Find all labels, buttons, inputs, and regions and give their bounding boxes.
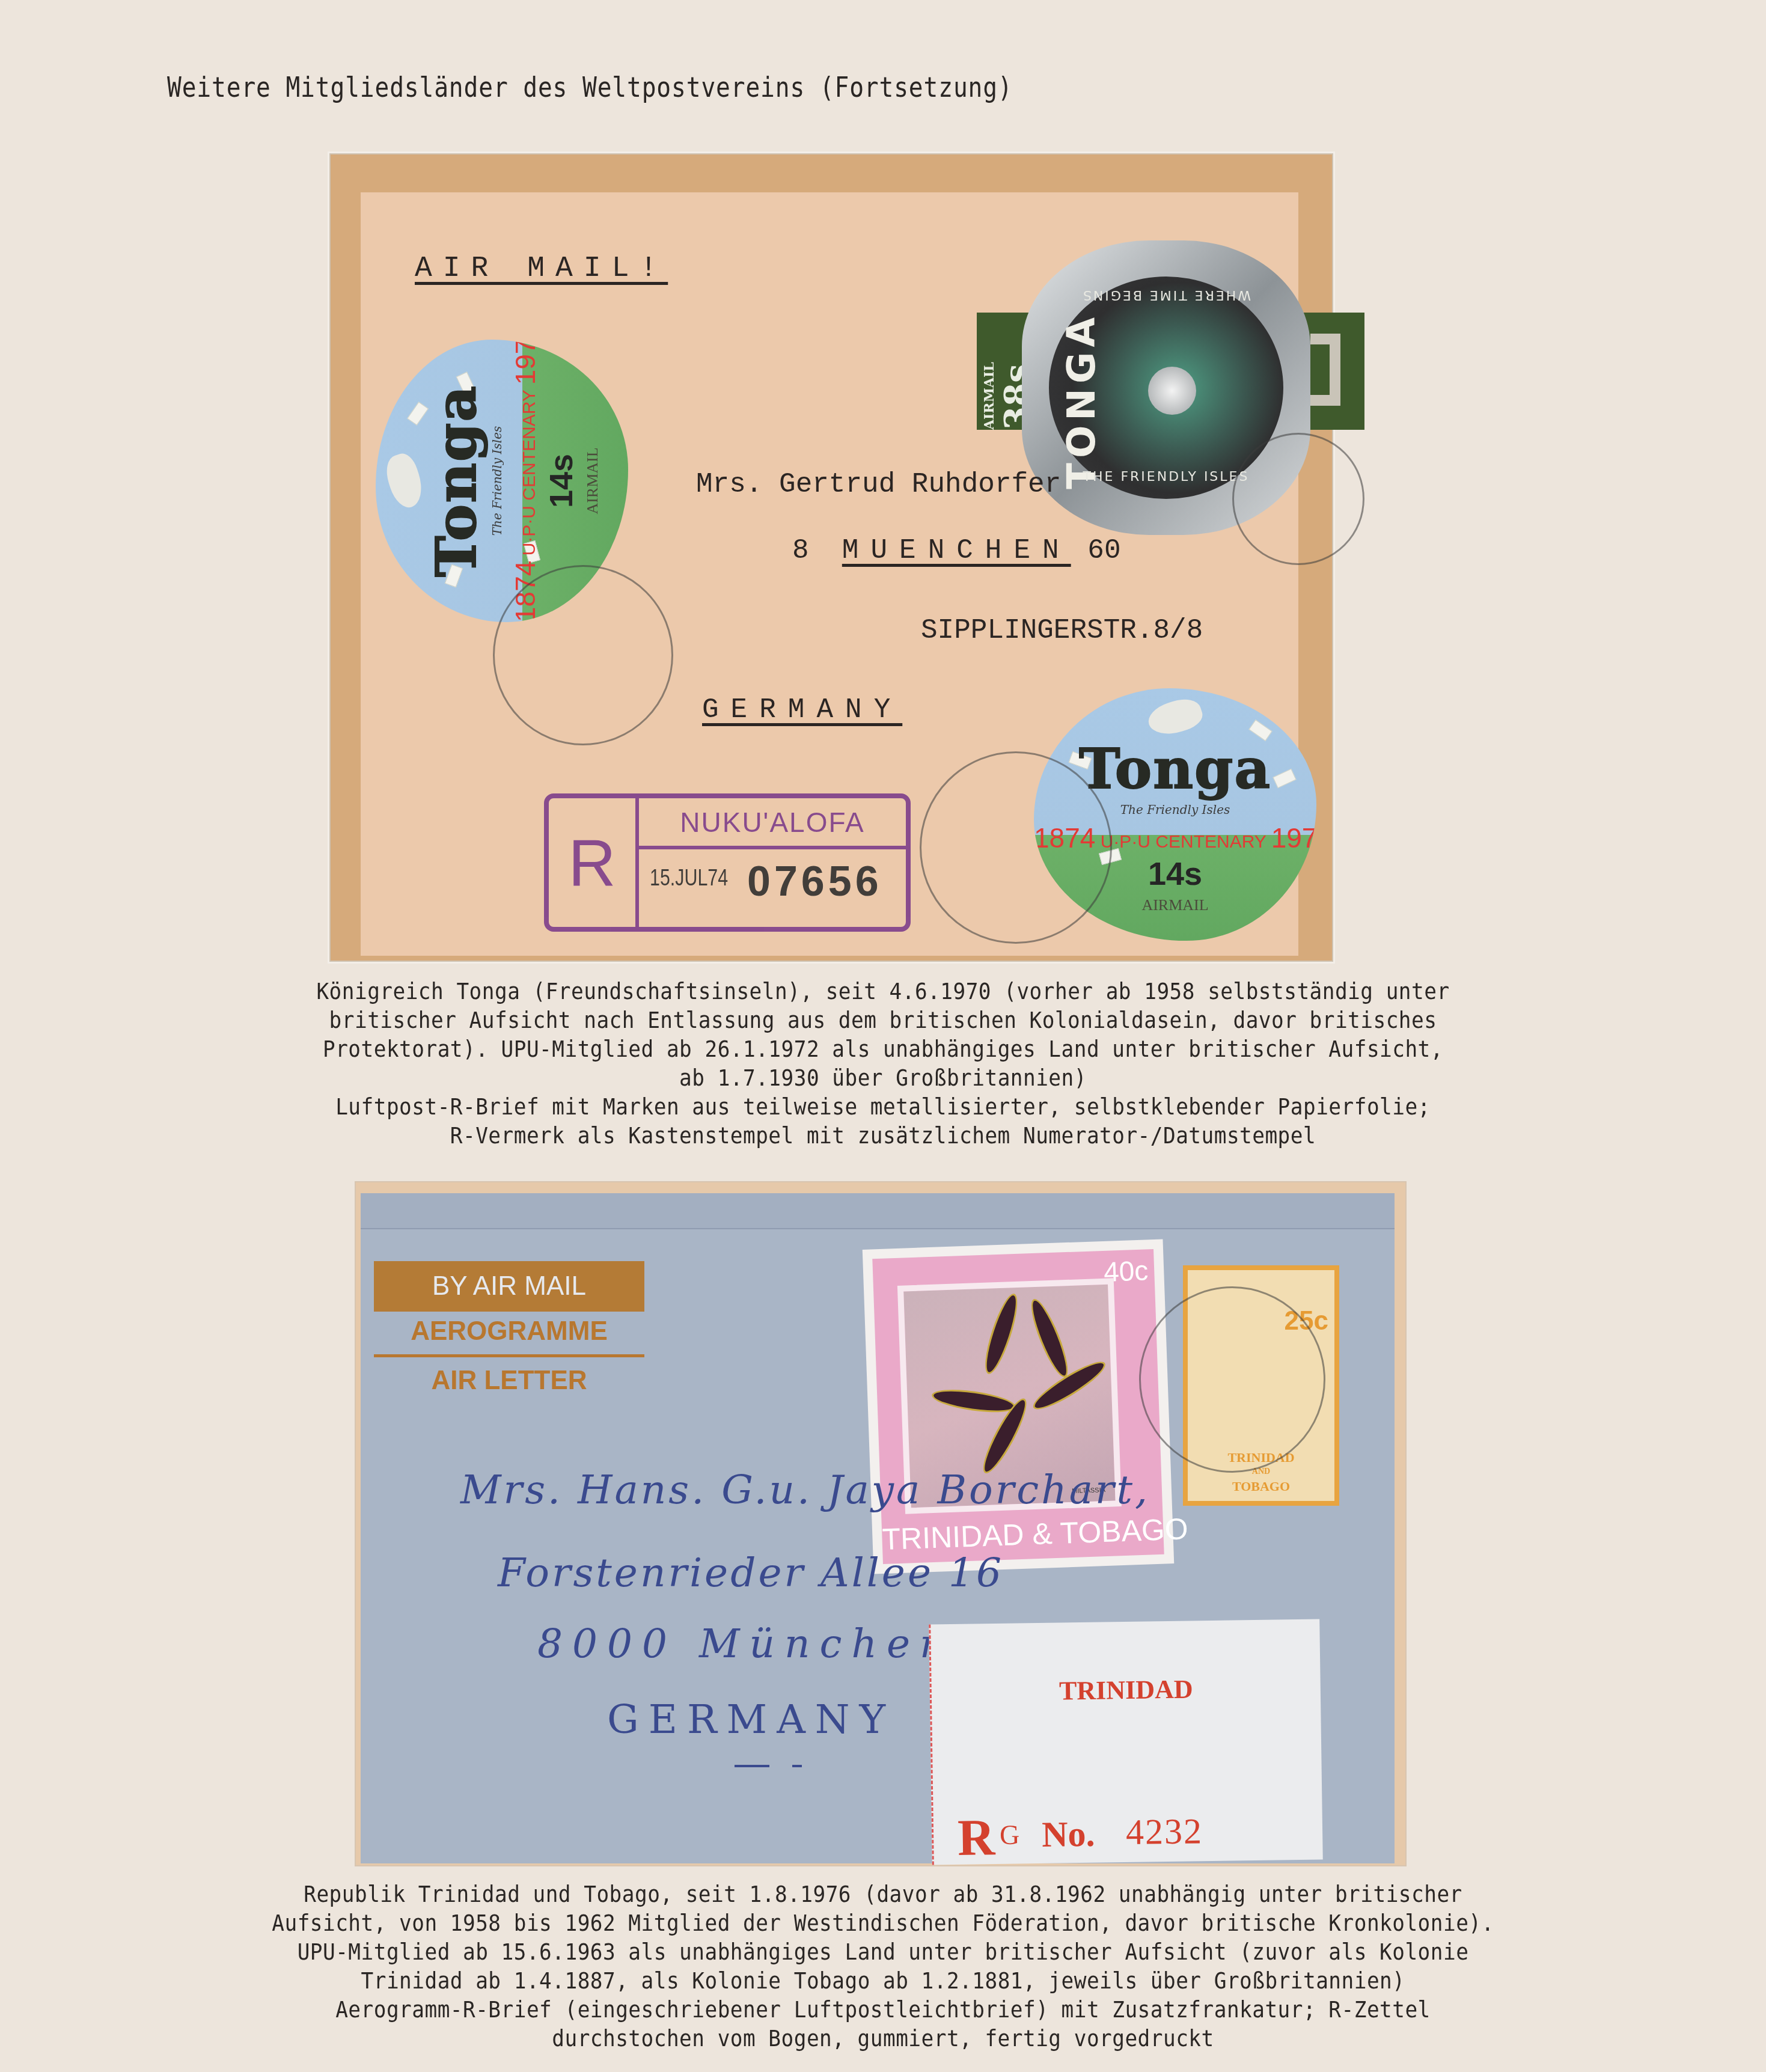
caption-line: Aufsicht, von 1958 bis 1962 Mitglied der… [62, 1909, 1704, 1938]
label-no: No. [1042, 1814, 1095, 1856]
caption-line: Aerogramm-R-Brief (eingeschriebener Luft… [62, 1996, 1704, 2025]
caption-line: Luftpost-R-Brief mit Marken aus teilweis… [62, 1093, 1704, 1122]
registration-r: R [549, 798, 639, 927]
handwritten-underline [792, 1765, 802, 1767]
by-air-mail-banner: BY AIR MAIL [374, 1261, 644, 1312]
air-letter-title: AIR LETTER [374, 1366, 644, 1396]
orchid-petal [979, 1291, 1024, 1377]
caption-tonga: Königreich Tonga (Freundschaftsinseln), … [62, 977, 1704, 1151]
caption-line: UPU-Mitglied ab 15.6.1963 als unabhängig… [62, 1938, 1704, 1967]
handwritten-address-line: Forstenrieder Allee 16 [498, 1550, 1004, 1596]
address-country: GERMANY [702, 694, 902, 726]
caption-line: britischer Aufsicht nach Entlassung aus … [62, 1006, 1704, 1035]
address-street: SIPPLINGERSTR.8/8 [921, 615, 1203, 646]
postmark-tonga-3 [920, 751, 1112, 944]
watch-slogan-top: WHERE TIME BEGINS [1049, 287, 1283, 302]
caption-line: Protektorat). UPU-Mitglied ab 26.1.1972 … [62, 1035, 1704, 1064]
aerogramme-flap [361, 1193, 1395, 1229]
aerogramme-title: AEROGRAMME [374, 1316, 644, 1346]
dove-icon [1144, 694, 1206, 740]
handwritten-address-line: Mrs. Hans. G.u. Jaya Borchart, [460, 1467, 1150, 1513]
orchid-petal [930, 1386, 1016, 1416]
label-class: G [1000, 1818, 1020, 1850]
handwritten-address-line: 8000 München [537, 1621, 955, 1667]
caption-line: Republik Trinidad und Tobago, seit 1.8.1… [62, 1880, 1704, 1909]
page-title: Weitere Mitgliedsländer des Weltpostvere… [167, 71, 1013, 103]
handwritten-underline [735, 1765, 769, 1767]
caption-line: ab 1.7.1930 über Großbritannien) [62, 1064, 1704, 1093]
caption-trinidad: Republik Trinidad und Tobago, seit 1.8.1… [62, 1880, 1704, 2053]
watch-country: TONGA [1060, 313, 1104, 489]
postmark-curepe [1139, 1286, 1325, 1473]
caption-line: durchstochen vom Bogen, gummiert, fertig… [62, 2025, 1704, 2053]
orchid-petal [1028, 1355, 1110, 1416]
buckle-icon [1310, 334, 1340, 406]
label-number: 4232 [1126, 1811, 1203, 1853]
aerogramme-divider [374, 1354, 644, 1357]
registration-number: 07656 [747, 857, 882, 905]
caption-line: Trinidad ab 1.4.1887, als Kolonie Tobago… [62, 1967, 1704, 1996]
crown-icon [1148, 367, 1196, 415]
address-city-line: 8 MUENCHEN 60 [792, 535, 1121, 566]
registration-label: TRINIDAD R G No. 4232 [929, 1619, 1323, 1865]
stamp-trinidad-orchid: 40c MILTASSIA TRINIDAD & TOBAGO [863, 1239, 1175, 1574]
registration-date: 15.JUL74 [650, 866, 728, 891]
handwritten-address-line: GERMANY [607, 1696, 895, 1743]
address-name: Mrs. Gertrud Ruhdorfer [696, 469, 1061, 500]
dove-icon [381, 450, 427, 512]
registration-box-stamp: R NUKU'ALOFA 15.JUL74 07656 [544, 793, 911, 932]
label-office: TRINIDAD [931, 1672, 1321, 1708]
airmail-typed-text: AIR MAIL! [415, 252, 668, 285]
caption-line: Königreich Tonga (Freundschaftsinseln), … [62, 977, 1704, 1006]
stamp-country: Tonga [424, 340, 489, 622]
registration-office: NUKU'ALOFA [639, 798, 906, 849]
orchid-petal [1025, 1295, 1074, 1381]
caption-line: R-Vermerk als Kastenstempel mit zusätzli… [62, 1122, 1704, 1151]
airmail-typed-label: AIR MAIL! [415, 252, 668, 285]
stamp-subtitle: The Friendly Isles [490, 340, 504, 622]
postmark-tonga-2 [1232, 433, 1364, 565]
postmark-tonga-1 [493, 565, 673, 745]
label-r: R [957, 1807, 995, 1868]
